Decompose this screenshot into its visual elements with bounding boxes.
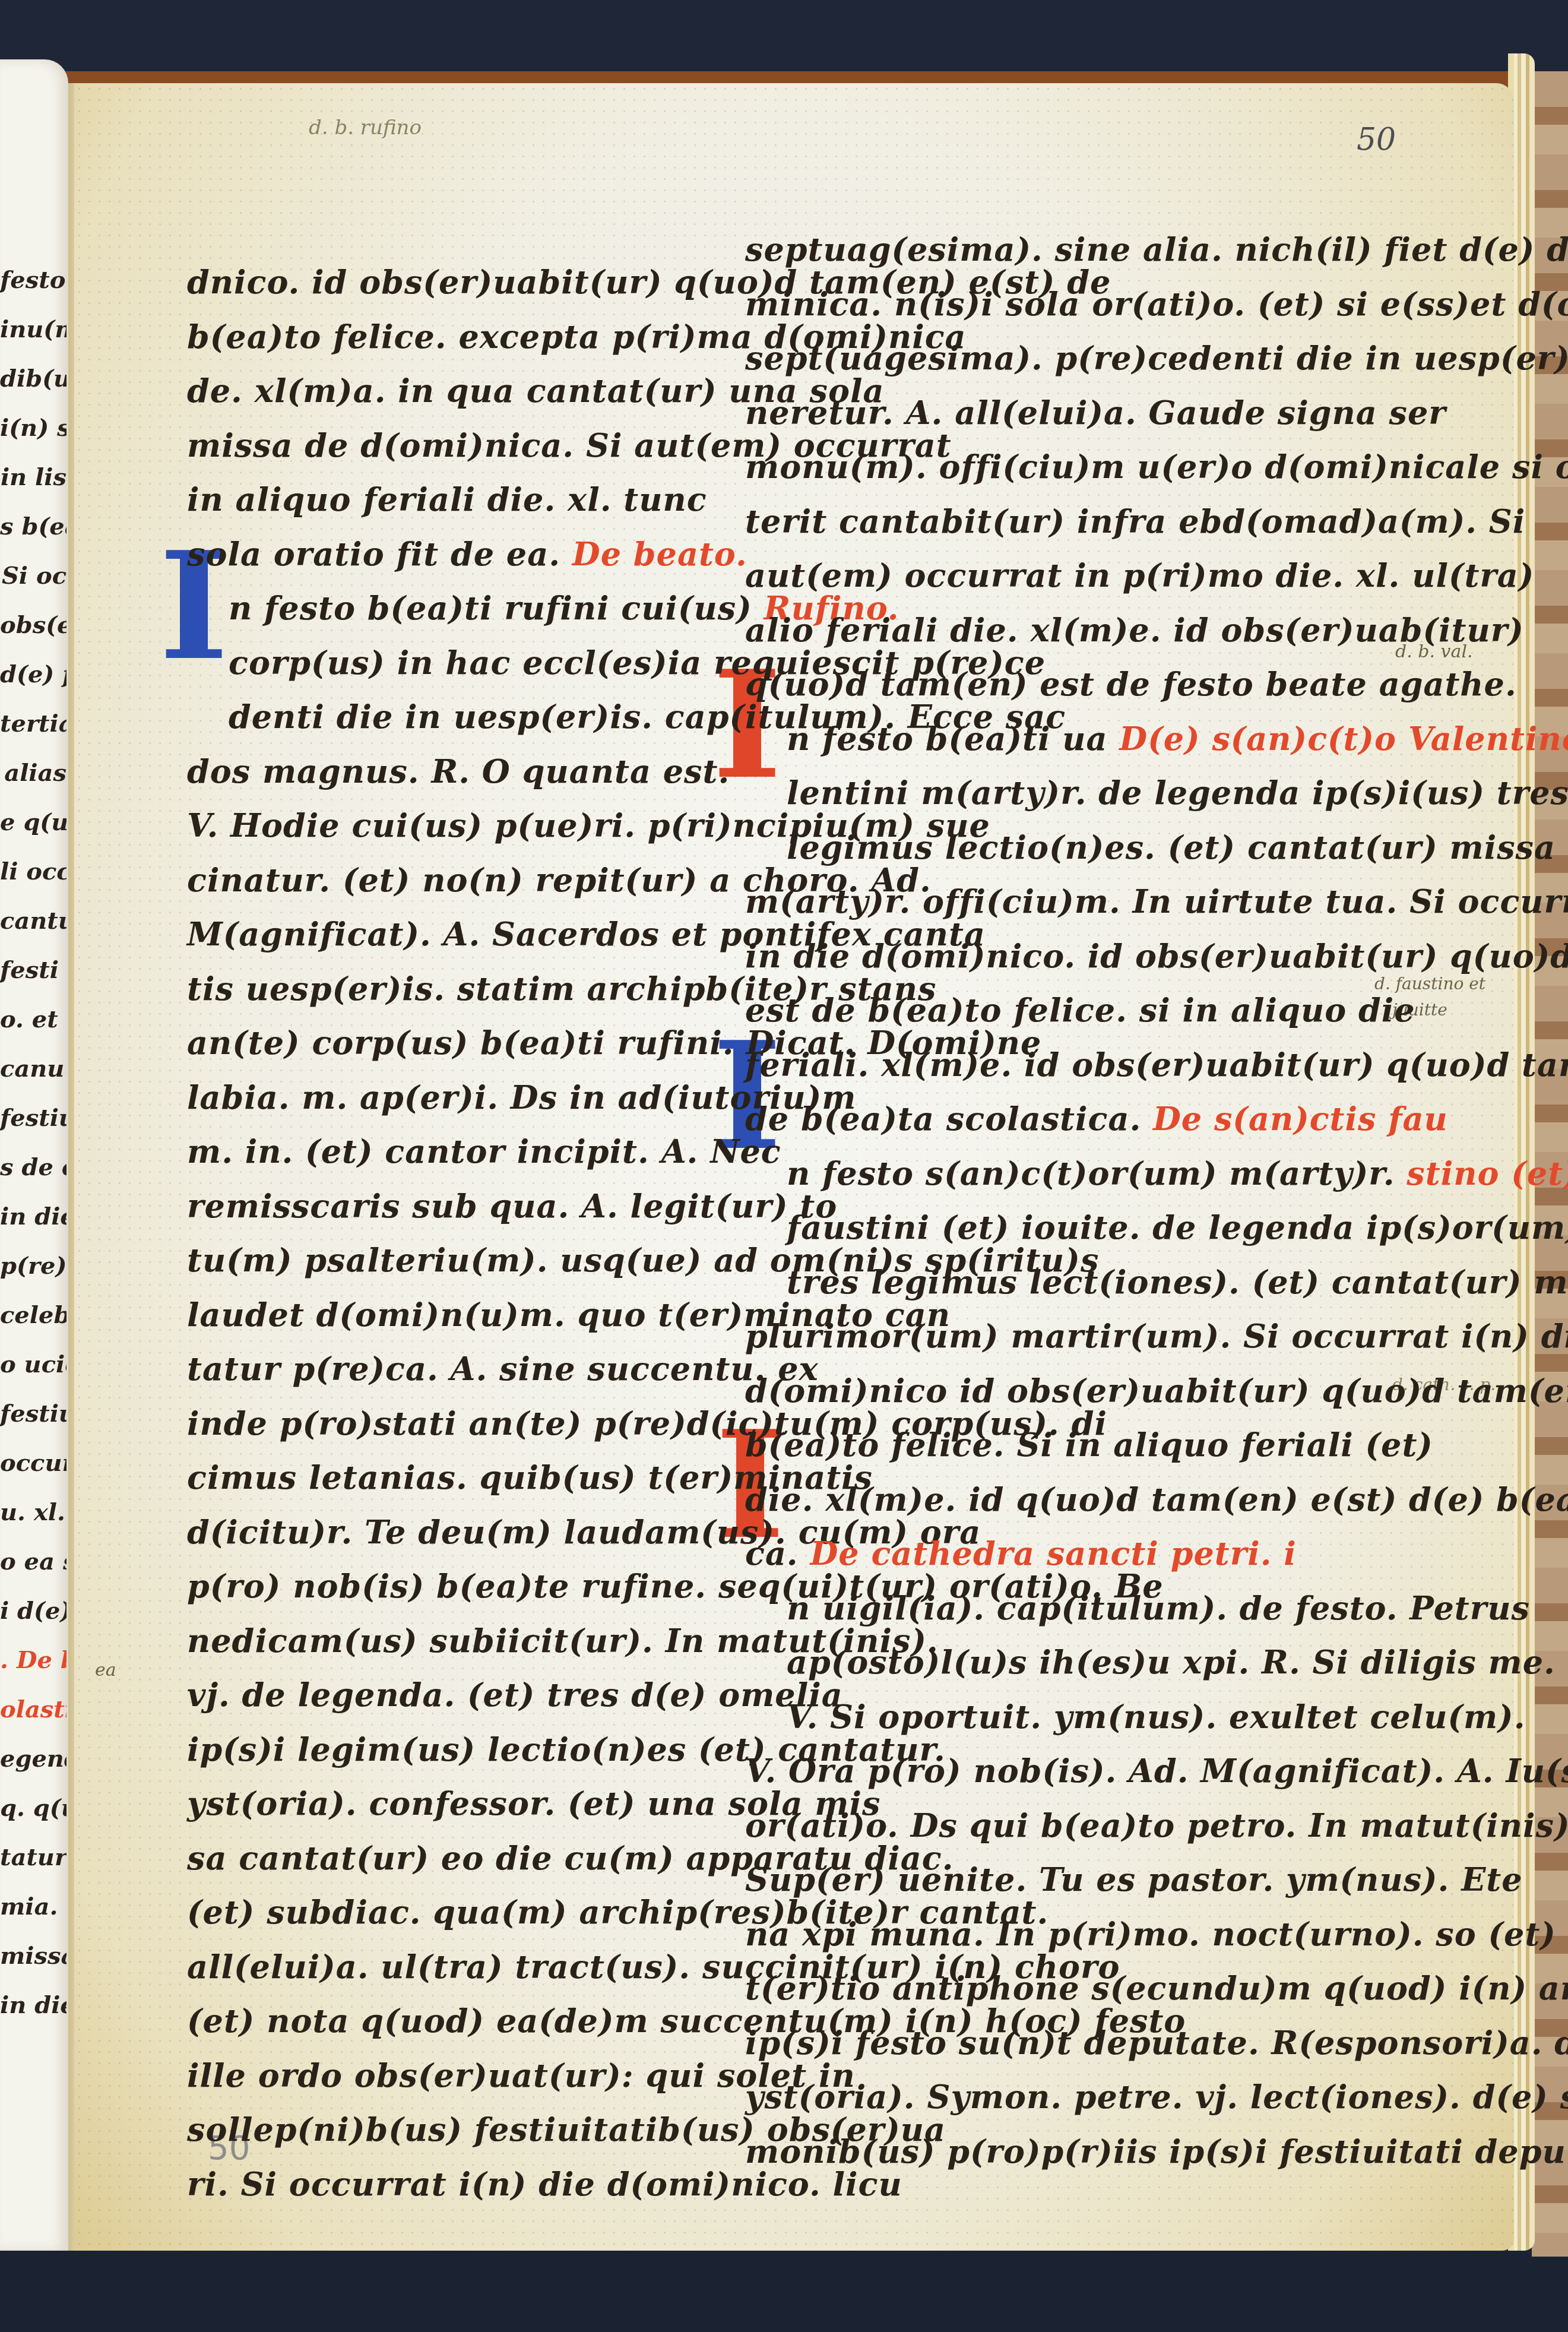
text-line: die. xl(m)e. id q(uo)d tam(en) e(st) d(e… [745,1473,1268,1527]
text-line: ca. De cathedra sancti petri. i [745,1527,1268,1581]
text-line: yst(oria). Symon. petre. vj. lect(iones)… [745,2070,1268,2125]
text-line: or(ati)o. Ds qui b(ea)to petro. In matut… [745,1799,1268,1853]
text-line: (et) subdiac. qua(m) archip(res)b(ite)r … [187,1885,698,1940]
line-text: t(er)tio antiphone s(ecundu)m q(uod) i(n… [745,1969,1568,2007]
facing-page-line: mia. que [0,1882,66,1931]
text-column-left: dnico. id obs(er)uabit(ur) q(uo)d tam(en… [187,255,698,2211]
text-line: aut(em) occurrat in p(ri)mo die. xl. ul(… [745,549,1268,603]
line-text: q(uo)d tam(en) est de festo beate agathe… [745,665,1517,703]
text-line: n festo b(ea)ti rufini cui(us) Rufino. [187,581,698,636]
facing-page-line: festiuitas [0,1389,66,1438]
text-line: sollep(ni)b(us) festiuitatib(us) obs(er)… [187,2103,698,2157]
line-text: dos magnus. R. O quanta est. [187,752,730,790]
text-line: in aliquo feriali die. xl. tunc [187,473,698,527]
text-line: yst(oria). confessor. (et) una sola mis [187,1777,698,1831]
rubric-heading: stino (et) Iuuitta. [1395,1154,1568,1192]
text-line: inde p(ro)stati an(te) p(re)d(ic)tu(m) c… [187,1397,698,1451]
facing-page-text: festo.inu(m).dib(us)i(n) suein liss b(ea… [0,255,66,2030]
line-text: yst(oria). Symon. petre. vj. lect(iones)… [745,2078,1568,2116]
text-line: n festo b(ea)ti ua D(e) s(an)c(t)o Valen… [745,712,1268,767]
rubric-heading: De s(an)ctis fau [1141,1100,1448,1138]
line-text: neretur. A. all(elui)a. Gaude signa ser [745,394,1446,432]
text-line: legimus lectio(n)es. (et) cantat(ur) mis… [745,821,1268,875]
folio-number-top: 50 [1357,122,1396,157]
facing-page-line: p(re)cedenti [0,1241,66,1290]
line-text: monu(m). offi(ciu)m u(er)o d(omi)nicale … [745,448,1568,486]
text-line: ip(s)i legim(us) lectio(n)es (et) cantat… [187,1723,698,1777]
line-text: n uigil(ia). cap(itulum). de festo. Petr… [787,1589,1530,1627]
facing-page-line: o ucies [0,1340,66,1389]
facing-page-line: tertia [0,699,66,748]
text-line: sola oratio fit de ea. De beato. [187,527,698,582]
line-text: n festo b(ea)ti ua [787,720,1108,758]
text-line: lentini m(arty)r. de legenda ip(s)i(us) … [745,766,1268,821]
text-line: tres legimus lect(iones). (et) cantat(ur… [745,1255,1268,1310]
text-column-right: septuag(esima). sine alia. nich(il) fiet… [745,223,1268,2179]
line-text: terit cantabit(ur) infra ebd(omad)a(m). … [745,502,1525,540]
text-line: plurimor(um) martir(um). Si occurrat i(n… [745,1309,1268,1364]
facing-page-line: i d(e) ieiu [0,1586,66,1635]
text-line: alio feriali die. xl(m)e. id obs(er)uab(… [745,603,1268,658]
line-text: monib(us) p(ro)p(r)iis ip(s)i festiuitat… [745,2132,1566,2170]
text-line: V. Ora p(ro) nob(is). Ad. M(agnificat). … [745,1744,1268,1799]
text-line: de. xl(m)a. in qua cantat(ur) una sola [187,364,698,419]
facing-page-line: Si oc [0,551,66,600]
text-line: terit cantabit(ur) infra ebd(omad)a(m). … [745,495,1268,549]
text-line: V. Si oportuit. ym(nus). exultet celu(m)… [745,1690,1268,1745]
text-line: sa cantat(ur) eo die cu(m) apparatu diac… [187,1831,698,1886]
line-text: b(ea)to felice. Si in aliquo feriali (et… [745,1426,1433,1464]
text-line: remisscaris sub qua. A. legit(ur) to [187,1179,698,1234]
text-line: all(elui)a. ul(tra) tract(us). succinit(… [187,1940,698,1995]
text-line: b(ea)to felice. Si in aliquo feriali (et… [745,1418,1268,1473]
line-text: alio feriali die. xl(m)e. id obs(er)uab(… [745,611,1524,649]
text-line: est de b(ea)to felice. si in aliquo die [745,983,1268,1038]
line-text: remisscaris sub qua. A. legit(ur) to [187,1187,837,1225]
line-text: minica. n(is)i sola or(ati)o. (et) si e(… [745,285,1568,323]
line-text: sept(uagesima). p(re)cedenti die in uesp… [745,339,1568,377]
text-line: tu(m) psalteriu(m). usq(ue) ad om(ni)s s… [187,1233,698,1288]
line-text: legimus lectio(n)es. (et) cantat(ur) mis… [787,828,1556,866]
line-text: vj. de legenda. (et) tres d(e) omelia [187,1676,843,1714]
text-line: d(icitu)r. Te deu(m) laudam(us). cu(m) o… [187,1505,698,1560]
facing-page-line: u. xl. de [0,1488,66,1537]
line-text: tatur p(re)ca. A. sine succentu. ex [187,1350,819,1388]
text-line: sept(uagesima). p(re)cedenti die in uesp… [745,331,1268,386]
line-text: sola oratio fit de ea. [187,535,560,573]
facing-page-left: festo.inu(m).dib(us)i(n) suein liss b(ea… [0,59,68,2251]
text-line: m(arty)r. offi(ciu)m. In uirtute tua. Si… [745,875,1268,929]
text-line: p(ro) nob(is) b(ea)te rufine. seq(ui)t(u… [187,1559,698,1614]
line-text: septuag(esima). sine alia. nich(il) fiet… [745,230,1568,268]
line-text: or(ati)o. Ds qui b(ea)to petro. In matut… [745,1806,1568,1844]
text-line: de b(ea)ta scolastica. De s(an)ctis fau [745,1092,1268,1147]
text-line: vj. de legenda. (et) tres d(e) omelia [187,1668,698,1723]
text-line: Sup(er) uenite. Tu es pastor. ym(nus). E… [745,1853,1268,1907]
text-line: n festo s(an)c(t)or(um) m(arty)r. stino … [745,1147,1268,1201]
line-text: ca. [745,1534,799,1572]
text-line: ri. Si occurrat i(n) die d(omi)nico. lic… [187,2157,698,2212]
text-line: b(ea)to felice. excepta p(ri)ma d(omi)ni… [187,310,698,365]
text-line: neretur. A. all(elui)a. Gaude signa ser [745,386,1268,441]
facing-page-line: missa [0,1931,66,1980]
facing-page-line: cantur [0,896,66,945]
facing-page-line: q. q(ua)m i [0,1783,66,1833]
text-line: faustini (et) iouite. de legenda ip(s)or… [745,1201,1268,1255]
text-line: monu(m). offi(ciu)m u(er)o d(omi)nicale … [745,440,1268,495]
line-text: na xpi muna. In p(ri)mo. noct(urno). so … [745,1915,1556,1953]
text-line: n uigil(ia). cap(itulum). de festo. Petr… [745,1581,1268,1636]
facing-page-line: festo. [0,255,66,305]
facing-page-line: dib(us) [0,354,66,403]
text-line: feriali. xl(m)e. id obs(er)uabit(ur) q(u… [745,1038,1268,1093]
facing-page-line: in die [0,1192,66,1241]
facing-page-line: . De be [0,1635,66,1685]
facing-page-line: alias [0,748,66,798]
facing-page-line: canu(m) ad [0,1044,66,1093]
text-line: corp(us) in hac eccl(es)ia requiescit p(… [187,636,698,691]
text-line: in die d(omi)nico. id obs(er)uabit(ur) q… [745,929,1268,984]
line-text: in aliquo feriali die. xl. tunc [187,480,707,518]
line-text: faustini (et) iouite. de legenda ip(s)or… [787,1208,1568,1246]
text-line: nedicam(us) subiicit(ur). In matut(inis)… [187,1614,698,1669]
line-text: V. Ora p(ro) nob(is). Ad. M(agnificat). … [745,1752,1568,1790]
line-text: die. xl(m)e. id q(uo)d tam(en) e(st) d(e… [745,1480,1568,1518]
text-line: d(omi)nico id obs(er)uabit(ur) q(uo)d ta… [745,1364,1268,1419]
facing-page-line: egenda [0,1734,66,1783]
text-line: minica. n(is)i sola or(ati)o. (et) si e(… [745,277,1268,332]
line-text: m. in. (et) cantor incipit. A. Nec [187,1132,781,1170]
line-text: aut(em) occurrat in p(ri)mo die. xl. ul(… [745,556,1534,594]
text-line: an(te) corp(us) b(ea)ti rufini. Dicat. D… [187,1016,698,1071]
text-line: M(agnificat). A. Sacerdos et pontifex ca… [187,907,698,962]
text-line: cimus letanias. quib(us) t(er)minatis [187,1451,698,1505]
facing-page-line: festiuitatis [0,1093,66,1143]
line-text: est de b(ea)to felice. si in aliquo die [745,991,1415,1029]
line-text: lentini m(arty)r. de legenda ip(s)i(us) … [787,774,1568,812]
line-text: ap(osto)l(u)s ih(es)u xpi. R. Si diligis… [787,1643,1556,1681]
line-text: tres legimus lect(iones). (et) cantat(ur… [787,1263,1568,1301]
facing-page-line: o. et vj. [0,995,66,1044]
text-line: V. Hodie cui(us) p(ue)ri. p(ri)ncipiu(m)… [187,799,698,853]
text-line: (et) nota q(uod) ea(de)m succentu(m) i(n… [187,1994,698,2049]
text-line: missa de d(omi)nica. Si aut(em) occurrat [187,419,698,473]
backdrop-bottom [0,2251,1568,2332]
facing-page-line: o ea sola [0,1537,66,1586]
line-text: Sup(er) uenite. Tu es pastor. ym(nus). E… [745,1860,1523,1898]
facing-page-line: e q(uo)d tam [0,798,66,847]
facing-page-line: s b(ea)ti [0,502,66,551]
facing-page-line: in die [0,1980,66,2030]
text-line: na xpi muna. In p(ri)mo. noct(urno). so … [745,1907,1268,1962]
text-line: labia. m. ap(er)i. Ds in ad(iutoriu)m [187,1071,698,1125]
text-line: septuag(esima). sine alia. nich(il) fiet… [745,223,1268,277]
text-line: ille ordo obs(er)uat(ur): qui solet in [187,2049,698,2103]
facing-page-line: obs(er)uabi [0,600,66,650]
text-line: t(er)tio antiphone s(ecundu)m q(uod) i(n… [745,1961,1268,2016]
rubric-heading: De beato. [560,535,747,573]
facing-page-line: in lis [0,453,66,502]
facing-page-line: s de os [0,1143,66,1192]
text-line: q(uo)d tam(en) est de festo beate agathe… [745,657,1268,712]
line-text: in die d(omi)nico. id obs(er)uabit(ur) q… [745,937,1568,975]
text-line: m. in. (et) cantor incipit. A. Nec [187,1125,698,1179]
margin-note-ea: ea [95,1660,116,1681]
facing-page-line: li occur [0,847,66,896]
line-text: feriali. xl(m)e. id obs(er)uabit(ur) q(u… [745,1046,1568,1084]
facing-page-line: tatur. A. [0,1833,66,1882]
facing-page-line: olastica. [0,1685,66,1734]
line-text: plurimor(um) martir(um). Si occurrat i(n… [745,1317,1568,1355]
facing-page-line: i(n) sue [0,403,66,453]
rubric-heading: De cathedra sancti petri. i [799,1534,1297,1572]
margin-note-rufino: d. b. rufino [309,116,422,140]
text-line: laudet d(omi)n(u)m. quo t(er)minato can [187,1288,698,1343]
text-line: tatur p(re)ca. A. sine succentu. ex [187,1342,698,1397]
facing-page-line: d(e) festo [0,650,66,699]
text-line: ap(osto)l(u)s ih(es)u xpi. R. Si diligis… [745,1635,1268,1690]
line-text: V. Si oportuit. ym(nus). exultet celu(m)… [787,1698,1525,1736]
text-line: dos magnus. R. O quanta est. [187,745,698,799]
backdrop-top [0,0,1568,83]
text-line: tis uesp(er)is. statim archipb(ite)r sta… [187,962,698,1017]
text-line: cinatur. (et) no(n) repit(ur) a choro. A… [187,853,698,908]
line-text: ip(s)i festo su(n)t deputate. R(esponsor… [745,2024,1568,2062]
facing-page-line: occurre [0,1438,66,1488]
rubric-heading: D(e) s(an)c(t)o Valentino. [1108,720,1568,758]
text-line: ip(s)i festo su(n)t deputate. R(esponsor… [745,2016,1268,2071]
facing-page-line: celebra [0,1290,66,1340]
facing-page-line: inu(m). [0,305,66,354]
text-line: monib(us) p(ro)p(r)iis ip(s)i festiuitat… [745,2125,1268,2179]
facing-page-line: festi et [0,945,66,995]
line-text: de b(ea)ta scolastica. [745,1100,1141,1138]
line-text: d(omi)nico id obs(er)uabit(ur) q(uo)d ta… [745,1372,1568,1410]
line-text: n festo s(an)c(t)or(um) m(arty)r. [787,1154,1395,1192]
text-line: denti die in uesp(er)is. cap(itulum). Ec… [187,690,698,745]
line-text: n festo b(ea)ti rufini cui(us) [229,589,752,627]
line-text: m(arty)r. offi(ciu)m. In uirtute tua. Si… [745,882,1568,920]
text-line: dnico. id obs(er)uabit(ur) q(uo)d tam(en… [187,255,698,310]
